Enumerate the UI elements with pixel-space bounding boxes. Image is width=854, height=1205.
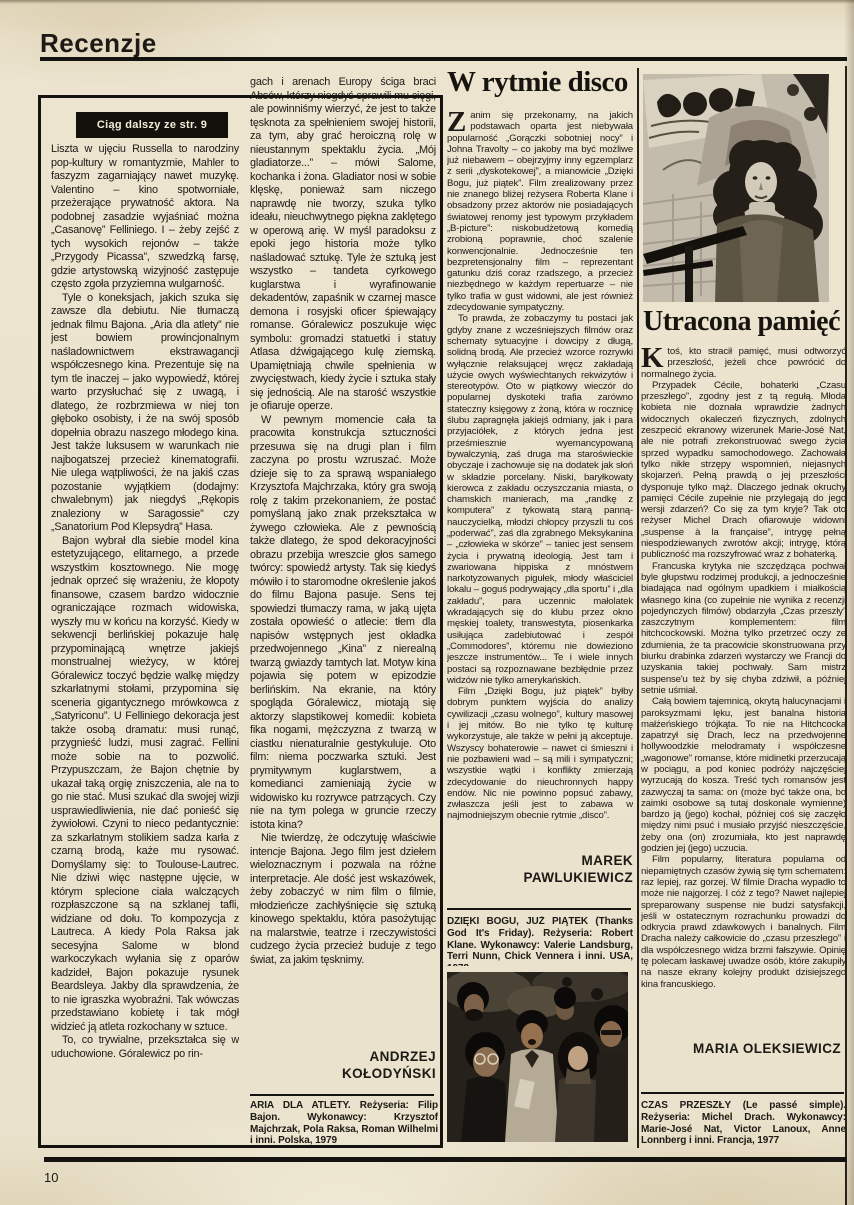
disco-author: MAREK PAWLUKIEWICZ bbox=[483, 852, 633, 886]
paragraph: Film „Dzięki Bogu, już piątek” byłby dob… bbox=[447, 686, 633, 822]
paragraph: Bajon wybrał dla siebie model kina estet… bbox=[51, 535, 239, 1035]
paragraph: Nie twierdzę, że odczytuję właściwie int… bbox=[250, 832, 436, 967]
memory-body: Ktoś, kto stracił pamięć, musi odtworzyć… bbox=[641, 346, 846, 1040]
photo-le-passe-simple bbox=[643, 74, 829, 302]
aria-column-1: Liszta w ujęciu Russella to narodziny po… bbox=[51, 143, 239, 1143]
photo-thank-god-its-friday bbox=[447, 972, 628, 1142]
section-title: Recenzje bbox=[40, 28, 157, 59]
dropcap-letter: K bbox=[641, 347, 663, 370]
paragraph-text: toś, kto stracił pamięć, musi odtworzyć … bbox=[641, 346, 846, 380]
magazine-page: Recenzje Ciąg dalszy ze str. 9 Liszta w … bbox=[0, 0, 854, 1205]
paragraph: W pewnym momencie cała ta pracowita kons… bbox=[250, 414, 436, 833]
scan-top-edge-shadow bbox=[0, 0, 854, 4]
memory-credit-rule bbox=[641, 1092, 844, 1094]
footer-rule bbox=[44, 1157, 847, 1162]
paragraph: Przypadek Cécile, bohaterki „Czasu przes… bbox=[641, 380, 846, 561]
paragraph: Francuska krytyka nie szczędząca pochwał… bbox=[641, 561, 846, 697]
paragraph-with-dropcap: Zanim się przekonamy, na jakich podstawa… bbox=[447, 110, 633, 313]
memory-author: MARIA OLEKSIEWICZ bbox=[691, 1040, 841, 1057]
column-divider-rule bbox=[637, 68, 639, 1148]
continuation-badge: Ciąg dalszy ze str. 9 bbox=[76, 112, 228, 138]
paragraph: Tyle o koneksjach, jakich szuka się zaws… bbox=[51, 292, 239, 535]
paragraph: Film popularny, literatura popularna od … bbox=[641, 854, 846, 990]
disco-credit-rule bbox=[447, 908, 631, 910]
paragraph: gach i arenach Europy ściga braci Absów,… bbox=[250, 76, 436, 414]
paragraph: To, co trywialne, przekształca się w udu… bbox=[51, 1034, 239, 1061]
header-rule bbox=[40, 57, 847, 61]
disco-credit: DZIĘKI BOGU, JUŻ PIĄTEK (Thanks God It's… bbox=[447, 916, 633, 966]
paragraph: Liszta w ujęciu Russella to narodziny po… bbox=[51, 143, 239, 292]
aria-credit: ARIA DLA ATLETY. Reżyseria: Filip Bajon.… bbox=[250, 1100, 438, 1146]
aria-credit-rule bbox=[250, 1094, 434, 1096]
paragraph-text: anim się przekonamy, na jakich podstawac… bbox=[447, 110, 633, 313]
disco-body: Zanim się przekonamy, na jakich podstawa… bbox=[447, 110, 633, 852]
dropcap-letter: Z bbox=[447, 111, 466, 134]
memory-credit: CZAS PRZESZŁY (Le passé simple). Reżyser… bbox=[641, 1100, 846, 1150]
paragraph-with-dropcap: Ktoś, kto stracił pamięć, musi odtworzyć… bbox=[641, 346, 846, 380]
aria-column-2: gach i arenach Europy ściga braci Absów,… bbox=[250, 76, 436, 1044]
aria-author: ANDRZEJ KOŁODYŃSKI bbox=[286, 1048, 436, 1082]
paragraph: To prawda, że zobaczymy tu postaci jak g… bbox=[447, 313, 633, 686]
paragraph: Całą bowiem tajemnicą, okrytą halucynacj… bbox=[641, 696, 846, 854]
memory-headline: Utracona pamięć bbox=[643, 306, 840, 338]
disco-photo-illustration bbox=[447, 972, 628, 1142]
page-number: 10 bbox=[44, 1170, 58, 1185]
memory-photo-illustration bbox=[643, 74, 829, 302]
disco-headline: W rytmie disco bbox=[447, 66, 628, 99]
